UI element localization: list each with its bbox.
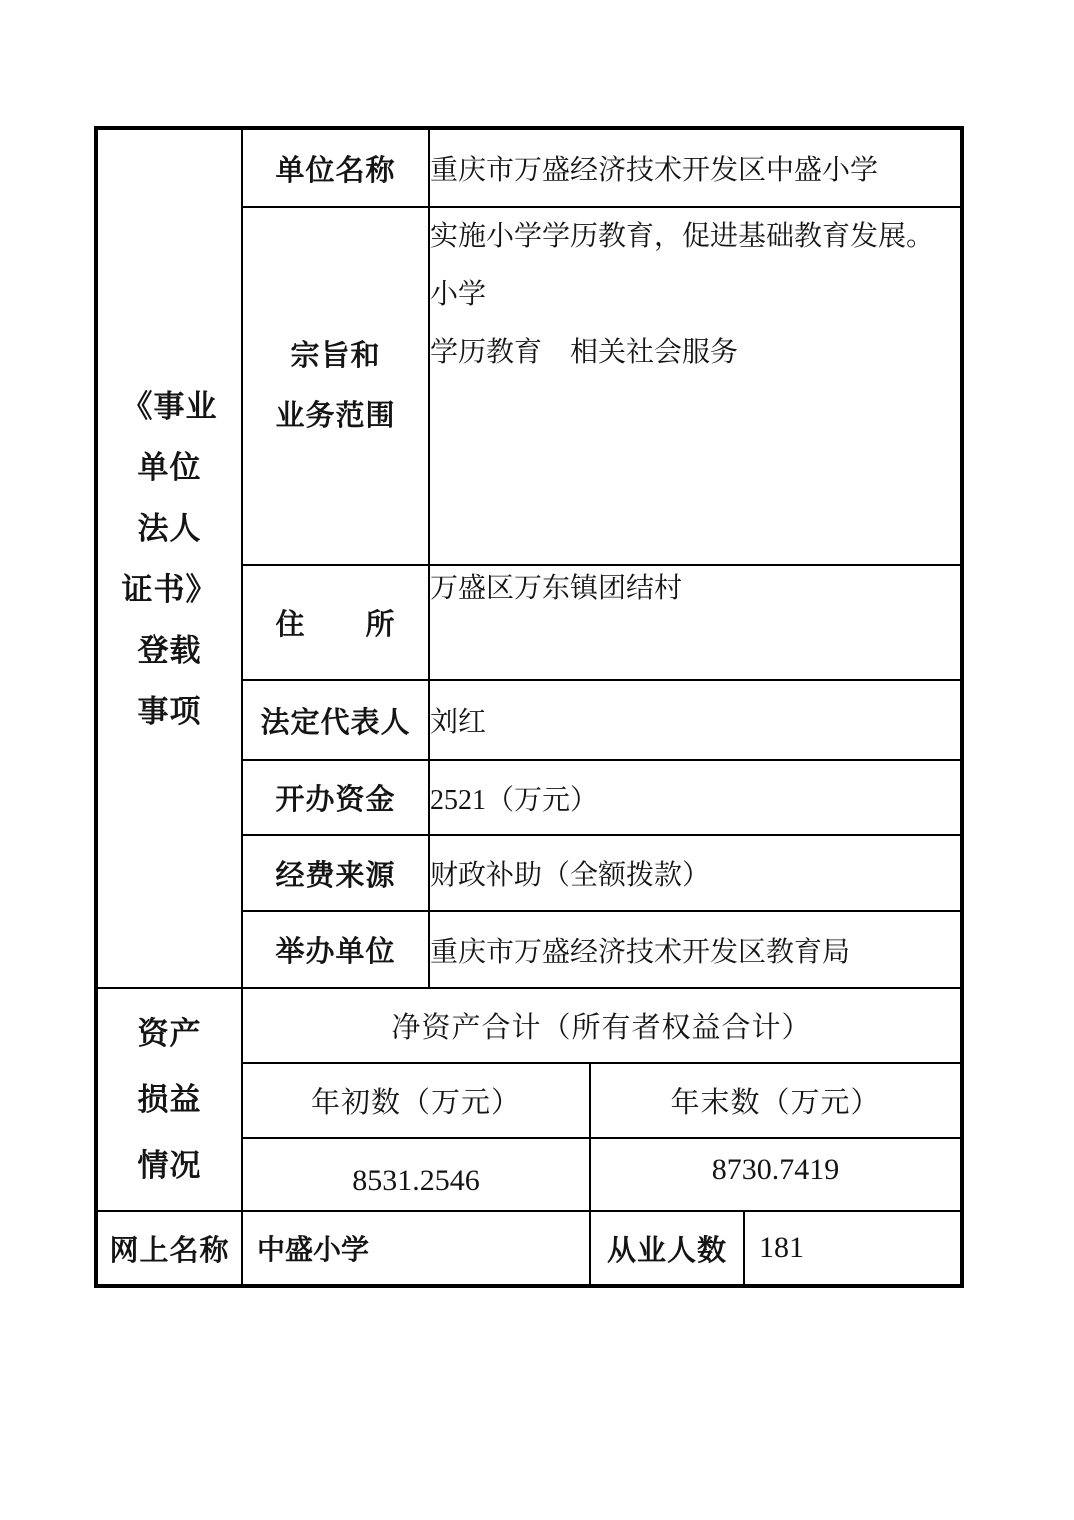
purpose-scope-label: 宗旨和 业务范围: [242, 207, 429, 565]
year-end-value: 8730.7419: [590, 1138, 962, 1211]
year-end-label: 年末数（万元）: [590, 1063, 962, 1138]
online-name-label: 网上名称: [96, 1211, 242, 1286]
document-page: 《事业 单位 法人 证书》 登载 事项 单位名称 重庆市万盛经济技术开发区中盛小…: [0, 0, 1074, 1520]
year-start-value: 8531.2546: [242, 1138, 590, 1211]
address-label: 住 所: [242, 565, 429, 680]
unit-name-label: 单位名称: [242, 128, 429, 207]
legal-representative-value: 刘红: [429, 680, 962, 760]
funding-source-value: 财政补助（全额拨款）: [429, 835, 962, 911]
legal-representative-label: 法定代表人: [242, 680, 429, 760]
address-value: 万盛区万东镇团结村: [429, 565, 962, 680]
institution-report-table: 《事业 单位 法人 证书》 登载 事项 单位名称 重庆市万盛经济技术开发区中盛小…: [94, 126, 964, 1288]
cert-items-header: 《事业 单位 法人 证书》 登载 事项: [96, 128, 242, 988]
table-row: 网上名称 中盛小学 从业人数 181: [96, 1211, 962, 1286]
purpose-scope-value: 实施小学学历教育，促进基础教育发展。 小学 学历教育 相关社会服务: [429, 207, 962, 565]
net-assets-header: 净资产合计（所有者权益合计）: [242, 988, 962, 1063]
year-start-label: 年初数（万元）: [242, 1063, 590, 1138]
opening-capital-value: 2521（万元）: [429, 760, 962, 835]
organizer-value: 重庆市万盛经济技术开发区教育局: [429, 911, 962, 988]
organizer-label: 举办单位: [242, 911, 429, 988]
unit-name-value: 重庆市万盛经济技术开发区中盛小学: [429, 128, 962, 207]
table-row: 资产 损益 情况 净资产合计（所有者权益合计）: [96, 988, 962, 1063]
online-name-value: 中盛小学: [242, 1211, 590, 1286]
funding-source-label: 经费来源: [242, 835, 429, 911]
staff-count-value: 181: [744, 1211, 962, 1286]
staff-count-label: 从业人数: [590, 1211, 744, 1286]
table-row: 《事业 单位 法人 证书》 登载 事项 单位名称 重庆市万盛经济技术开发区中盛小…: [96, 128, 962, 207]
opening-capital-label: 开办资金: [242, 760, 429, 835]
asset-section-header: 资产 损益 情况: [96, 988, 242, 1211]
